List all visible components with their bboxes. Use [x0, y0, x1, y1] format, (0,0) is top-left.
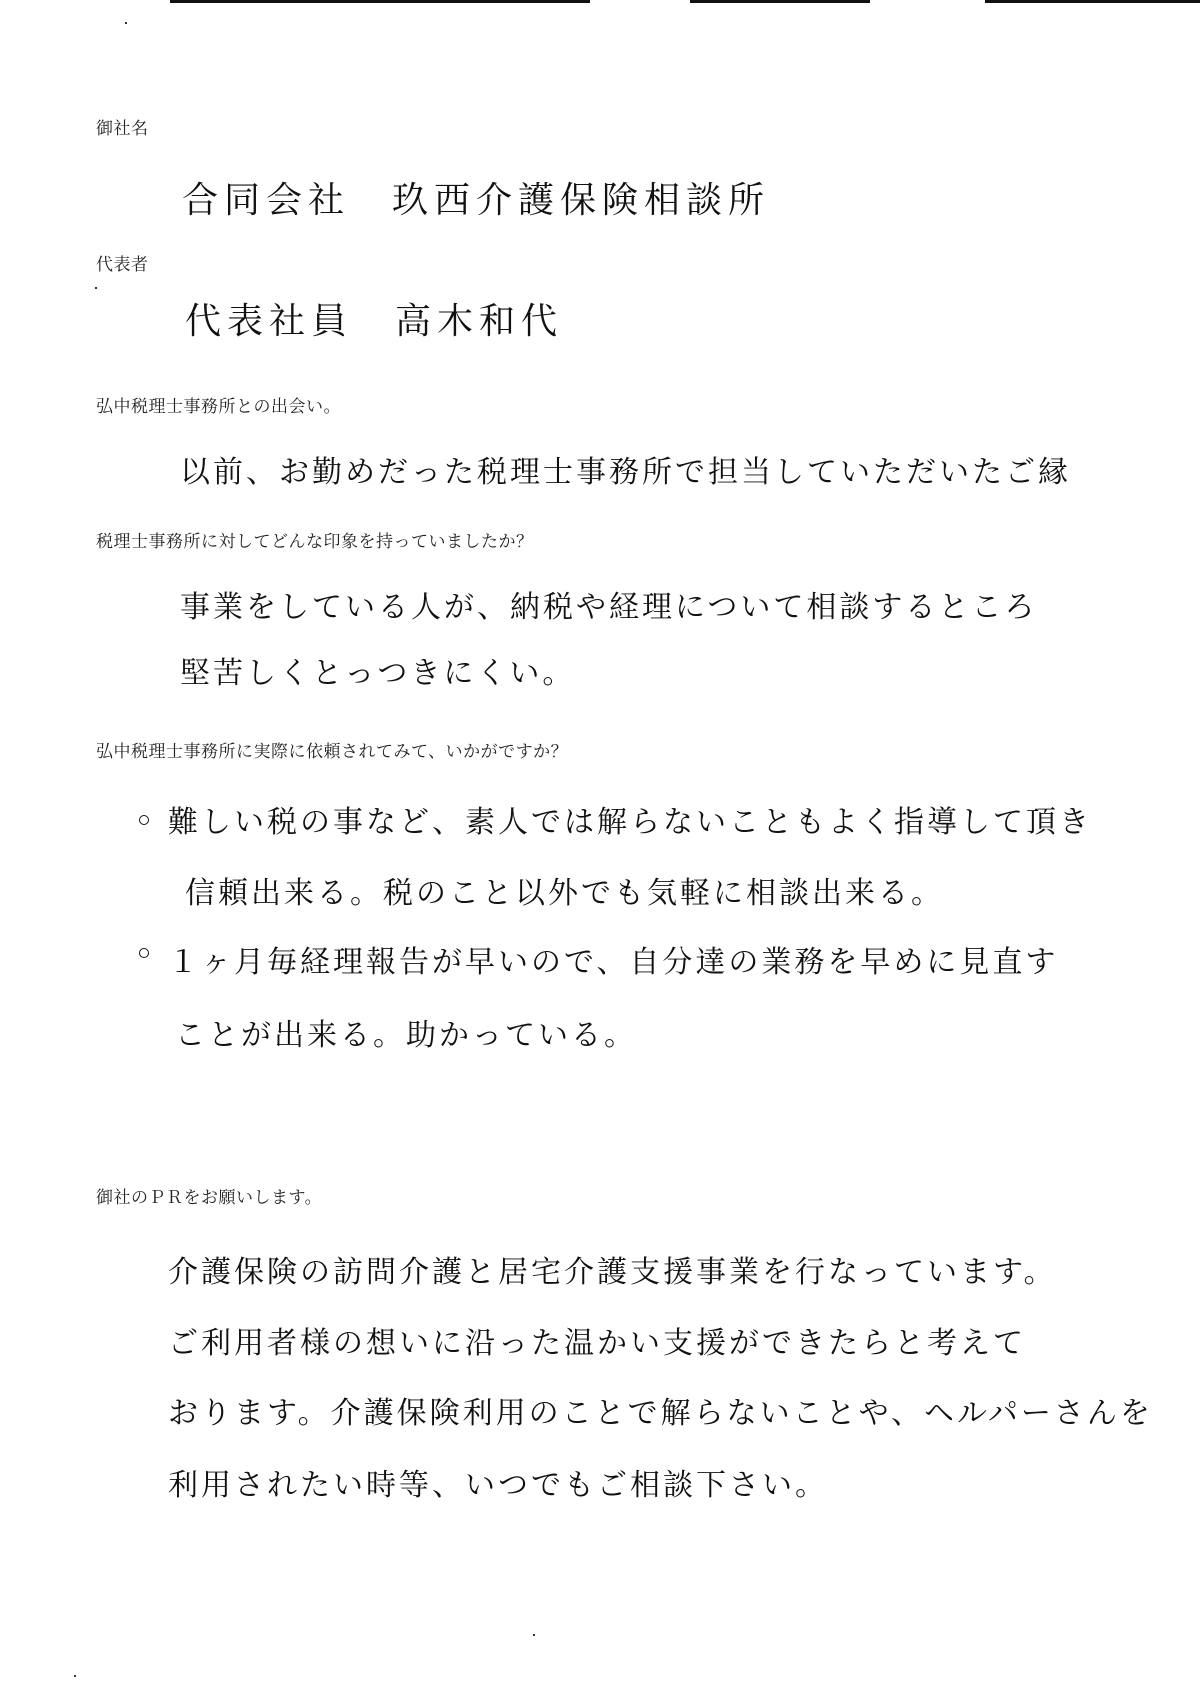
answer-prior-impression-line-1: 事業をしている人が、納税や経理について相談するところ	[180, 582, 1037, 626]
label-experience: 弘中税理士事務所に実際に依頼されてみて、いかがですか？	[96, 737, 568, 762]
scan-top-rule-2	[690, 0, 870, 3]
bullet-circle-icon	[139, 815, 149, 825]
answer-prior-impression-line-2: 堅苦しくとっつきにくい。	[180, 648, 575, 692]
answer-how-met: 以前、お勤めだった税理士事務所で担当していただいたご縁	[180, 447, 1071, 491]
bullet-circle-icon	[139, 948, 149, 958]
label-how-met: 弘中税理士事務所との出会い。	[96, 392, 341, 417]
answer-experience-bullet-1-line-2: 信頼出来る。税のこと以外でも気軽に相談出来る。	[185, 868, 944, 912]
answer-company-pr-line-3: おります。介護保険利用のことで解らないことや、ヘルパーさんを	[168, 1388, 1153, 1432]
scan-top-rule-3	[985, 0, 1200, 3]
label-prior-impression: 税理士事務所に対してどんな印象を持っていましたか？	[96, 527, 534, 552]
label-company-name: 御社名	[96, 114, 149, 139]
answer-company-pr-line-1: 介護保険の訪問介護と居宅介護支援事業を行なっています。	[168, 1247, 1057, 1291]
scan-speck	[95, 287, 97, 289]
answer-experience-bullet-1-line-1: 難しい税の事など、素人では解らないこともよく指導して頂き	[168, 797, 1092, 841]
scan-top-rule-1	[170, 0, 590, 3]
answer-experience-bullet-2-line-1: １ヶ月毎経理報告が早いので、自分達の業務を早めに見直す	[168, 937, 1058, 981]
label-company-pr: 御社のＰＲをお願いします。	[96, 1183, 322, 1208]
answer-experience-bullet-2-line-2: ことが出来る。助かっている。	[175, 1010, 637, 1054]
scan-speck	[533, 1634, 535, 1636]
scan-speck	[74, 1675, 76, 1677]
answer-company-pr-line-2: ご利用者様の想いに沿った温かい支援ができたらと考えて	[168, 1318, 1026, 1362]
answer-company-pr-line-4: 利用されたい時等、いつでもご相談下さい。	[168, 1460, 828, 1504]
answer-representative: 代表社員 高木和代	[185, 293, 563, 344]
scan-speck	[125, 22, 127, 24]
label-representative: 代表者	[96, 250, 149, 275]
answer-company-name: 合同会社 玖西介護保険相談所	[182, 172, 770, 223]
